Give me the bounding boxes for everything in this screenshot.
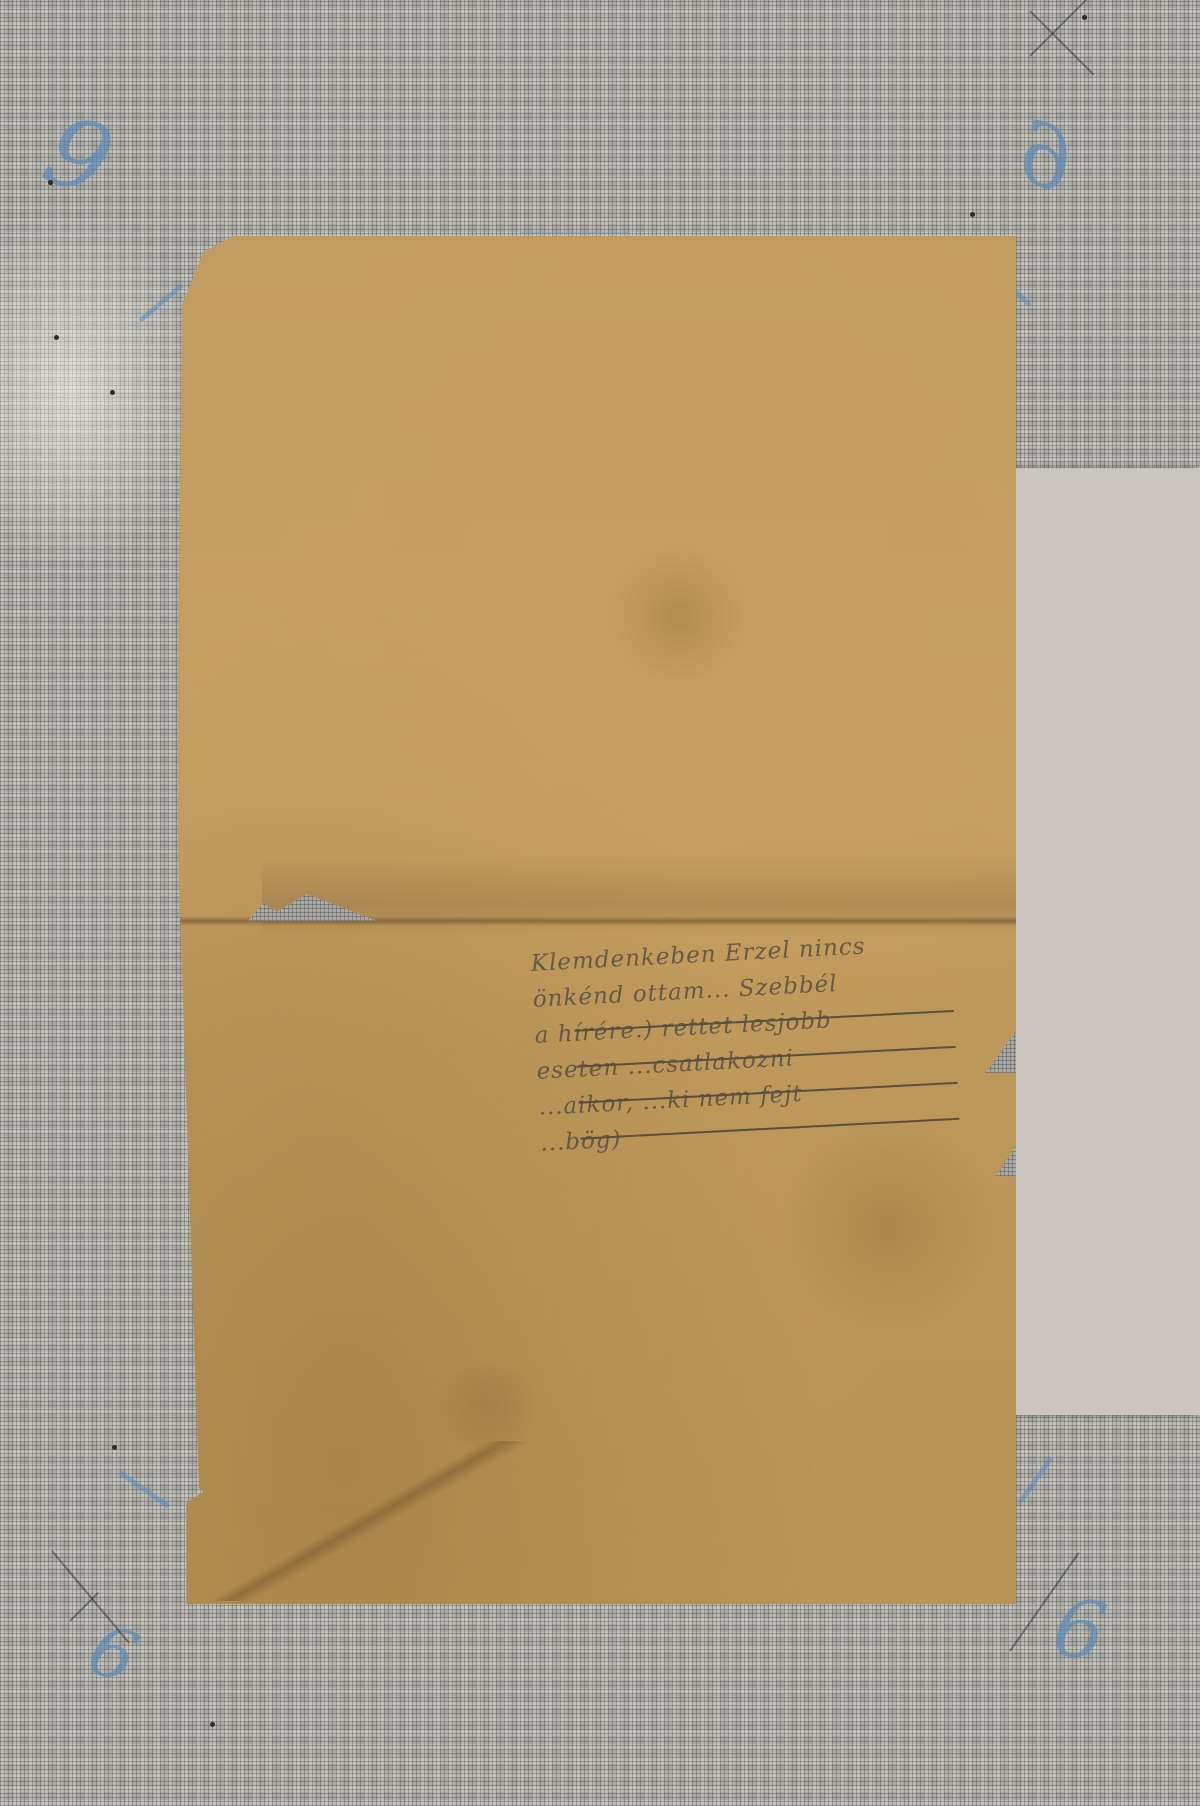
registration-line (51, 1550, 130, 1643)
tear-hole (978, 1031, 1016, 1073)
debris (970, 212, 975, 217)
registration-line (1029, 10, 1094, 75)
pencil-handwriting: Klemdenkeben Erzel nincs önkénd ottam...… (530, 923, 981, 1162)
crayon-stroke (119, 1470, 171, 1509)
debris (1082, 15, 1087, 20)
corner-crease (190, 1441, 570, 1601)
mat-mark-top-left: 9 (31, 93, 127, 219)
debris (210, 1722, 215, 1727)
registration-line (69, 1592, 99, 1622)
stain (608, 546, 748, 686)
stain (428, 1366, 548, 1446)
paper-sheet: Klemdenkeben Erzel nincs önkénd ottam...… (178, 236, 1016, 1604)
mat-mark-bottom-left: 9 (79, 1605, 149, 1697)
mat-mark-top-right: 9 (1005, 99, 1089, 209)
registration-line (1029, 0, 1094, 57)
debris (54, 335, 59, 340)
white-backing-card (1000, 468, 1200, 1415)
debris (112, 1445, 117, 1450)
crayon-stroke (1018, 1456, 1054, 1504)
mat-mark-bottom-right: 9 (1047, 1576, 1113, 1676)
stain (778, 1116, 998, 1336)
debris (48, 180, 53, 185)
light-glare (0, 220, 200, 560)
tear-hole (996, 1146, 1016, 1176)
crayon-stroke (138, 283, 183, 322)
registration-line (520, 232, 630, 234)
debris (110, 390, 115, 395)
